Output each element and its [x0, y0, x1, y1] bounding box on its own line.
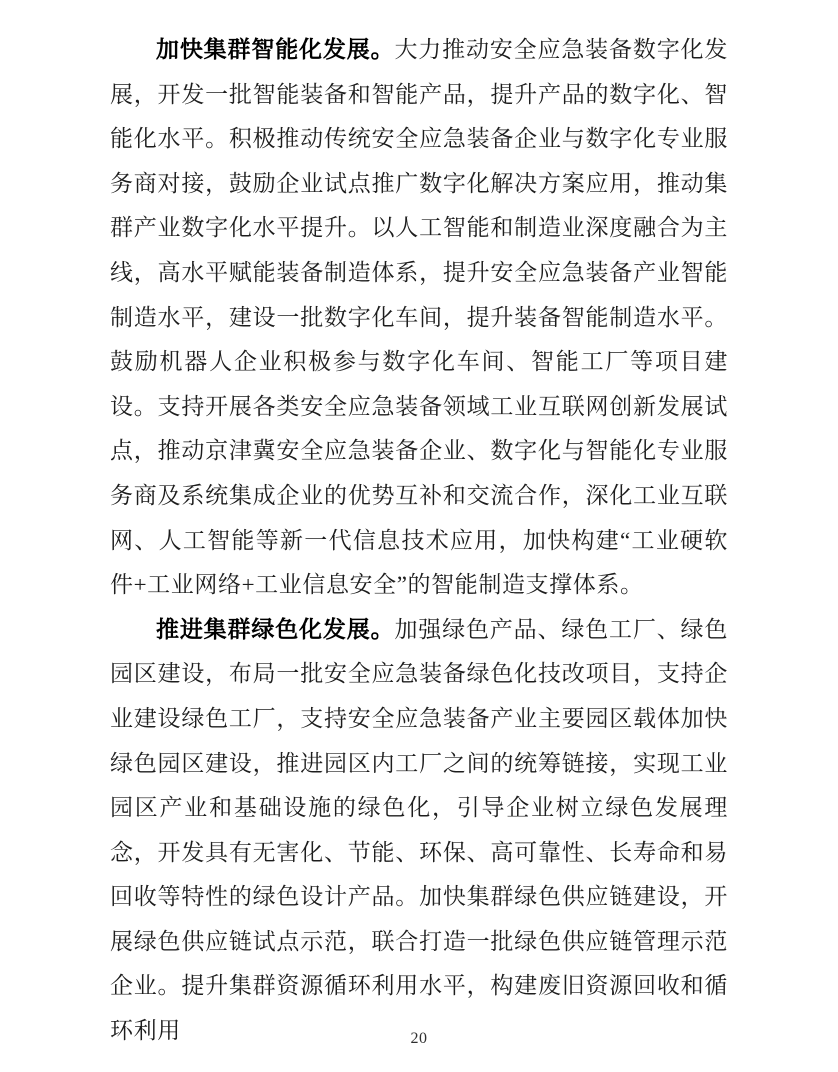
paragraph-smart-development: 加快集群智能化发展。大力推动安全应急装备数字化发展，开发一批智能装备和智能产品，… — [110, 28, 728, 608]
paragraph-body-text: 大力推动安全应急装备数字化发展，开发一批智能装备和智能产品，提升产品的数字化、智… — [110, 37, 728, 597]
paragraph-green-development: 推进集群绿色化发展。加强绿色产品、绿色工厂、绿色园区建设，布局一批安全应急装备绿… — [110, 608, 728, 1054]
paragraph-body-text: 加强绿色产品、绿色工厂、绿色园区建设，布局一批安全应急装备绿色化技改项目，支持企… — [110, 617, 728, 1043]
document-text-block: 加快集群智能化发展。大力推动安全应急装备数字化发展，开发一批智能装备和智能产品，… — [110, 28, 728, 1054]
document-page: 加快集群智能化发展。大力推动安全应急装备数字化发展，开发一批智能装备和智能产品，… — [0, 0, 838, 1072]
paragraph-lead-bold: 推进集群绿色化发展。 — [156, 617, 394, 642]
paragraph-lead-bold: 加快集群智能化发展。 — [156, 37, 394, 62]
page-number: 20 — [0, 1030, 838, 1048]
